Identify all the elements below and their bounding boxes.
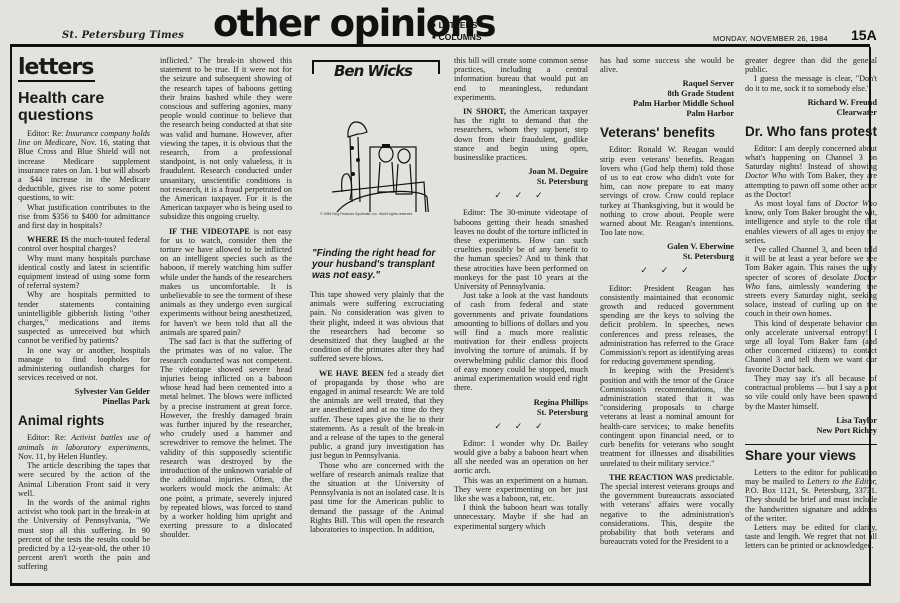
signature-deguire: Joan M. DeguireSt. Petersburg: [454, 167, 588, 187]
letters-logo: letters: [18, 56, 95, 82]
cartoon-credit: © 1984 King Features Syndicate, Inc. Wor…: [320, 212, 412, 216]
animal-continued-8: IN SHORT, the American taxpayer has the …: [454, 107, 588, 162]
cartoon-illustration-icon: [312, 82, 438, 212]
column-1: letters Health care questions Editor: Re…: [18, 56, 150, 572]
headline-dr-who: Dr. Who fans protest: [745, 124, 877, 139]
headline-health-care: Health care questions: [18, 90, 150, 124]
animal-paragraph-3: In the words of the animal rights activi…: [18, 498, 150, 572]
share-divider: [745, 444, 877, 445]
separator-checks-icon: ✓ ✓ ✓: [454, 423, 588, 432]
share-paragraph-2: Letters may be edited for clarity, taste…: [745, 523, 877, 551]
health-paragraph-6: In one way or another, hospitals manage …: [18, 346, 150, 383]
health-paragraph-4: Why must many hospitals purchase identic…: [18, 254, 150, 291]
health-paragraph-3: WHERE IS the much-touted federal control…: [18, 235, 150, 253]
health-paragraph-2: What justification contributes to the ri…: [18, 203, 150, 231]
editorial-cartoon: Ben Wicks © 1984 King Features Syndicate…: [312, 60, 440, 220]
veterans-paragraph-3: In keeping with the President's position…: [600, 366, 734, 467]
headline-veterans: Veterans' benefits: [600, 125, 734, 140]
veterans-paragraph-1: Editor: Ronald W. Reagan would strip eve…: [600, 145, 734, 237]
bailey-paragraph-1: Editor: I wonder why Dr. Bailey would gi…: [454, 439, 588, 476]
page-date: MONDAY, NOVEMBER 26, 1984: [713, 34, 828, 43]
section-tags: LETTERS COLUMNS: [432, 20, 482, 44]
animal-paragraph-2: The article describing the tapes that we…: [18, 461, 150, 498]
column-6: greater degree than did the general publ…: [745, 56, 877, 551]
column-3: This tape showed very plainly that the a…: [310, 290, 444, 534]
drwho-paragraph-4: This kind of desperate behavior can only…: [745, 319, 877, 374]
animal-continued-7: this bill will create some common sense …: [454, 56, 588, 102]
animal-paragraph-1: Editor: Re: Activist battles use of anim…: [18, 433, 150, 461]
animal-continued-1: inflicted." The break-in showed this sta…: [160, 56, 292, 222]
column-4: this bill will create some common sense …: [454, 56, 588, 531]
masthead: St. Petersburg Times other opinions LETT…: [0, 0, 900, 46]
veterans-continued-1: greater degree than did the general publ…: [745, 56, 877, 74]
animal-continued-5: WE HAVE BEEN fed a steady diet of propag…: [310, 369, 444, 461]
bailey-paragraph-3: I think the baboon heart was totally unn…: [454, 503, 588, 531]
veterans-continued-2: I guess the message is clear, "Don't do …: [745, 74, 877, 92]
headline-animal-rights: Animal rights: [18, 413, 150, 428]
baboon-paragraph-1: Editor: The 30-minute videotape of baboo…: [454, 208, 588, 291]
cartoon-artist: Ben Wicks: [334, 62, 412, 80]
veterans-paragraph-4: THE REACTION WAS predictable. The specia…: [600, 473, 734, 547]
animal-continued-2: IF THE VIDEOTAPE is not easy for us to w…: [160, 227, 292, 337]
animal-continued-6: Those who are concerned with the welfare…: [310, 461, 444, 535]
drwho-paragraph-2: As most loyal fans of Doctor Who know, o…: [745, 199, 877, 245]
animal-continued-3: The sad fact is that the suffering of th…: [160, 337, 292, 539]
signature-eberwine: Galen V. EberwineSt. Petersburg: [600, 242, 734, 262]
tag-columns: COLUMNS: [432, 32, 482, 44]
health-paragraph-5: Why are hospitals permitted to tender st…: [18, 290, 150, 345]
headline-share-views: Share your views: [745, 448, 877, 463]
column-2: inflicted." The break-in showed this sta…: [160, 56, 292, 540]
bailey-paragraph-2: This was an experiment on a human. They …: [454, 476, 588, 504]
signature-phillips: Regina PhillipsSt. Petersburg: [454, 398, 588, 418]
bailey-continued: has had some success she would be alive.: [600, 56, 734, 74]
newspaper-name: St. Petersburg Times: [62, 30, 184, 41]
veterans-paragraph-2: Editor: President Reagan has consistentl…: [600, 284, 734, 367]
separator-checks-icon: ✓ ✓ ✓: [600, 267, 734, 276]
signature-server: Raquel Server 8th Grade Student Palm Har…: [600, 79, 734, 119]
signature-taylor: Lisa TaylorNew Port Richey: [745, 416, 877, 436]
health-paragraph-1: Editor: Re: Insurance company holds line…: [18, 129, 150, 203]
column-5: has had some success she would be alive.…: [600, 56, 734, 546]
drwho-paragraph-1: Editor: I am deeply concerned about what…: [745, 144, 877, 199]
signature-freund: Richard W. FreundClearwater: [745, 98, 877, 118]
page-number: 15A: [851, 27, 877, 43]
drwho-paragraph-5: They may say it's all because of contrac…: [745, 374, 877, 411]
share-paragraph-1: Letters to the editor for publication ma…: [745, 468, 877, 523]
animal-continued-4: This tape showed very plainly that the a…: [310, 290, 444, 364]
drwho-paragraph-3: I've called Channel 3, and been told it …: [745, 245, 877, 319]
separator-checks-icon: ✓ ✓ ✓: [454, 192, 588, 201]
baboon-paragraph-2: Just take a look at the vast handouts of…: [454, 291, 588, 392]
cartoon-caption: "Finding the right head for your husband…: [312, 248, 442, 281]
signature-van-gelder: Sylvester Van GelderPinellas Park: [18, 387, 150, 407]
tag-letters: LETTERS: [432, 20, 482, 32]
